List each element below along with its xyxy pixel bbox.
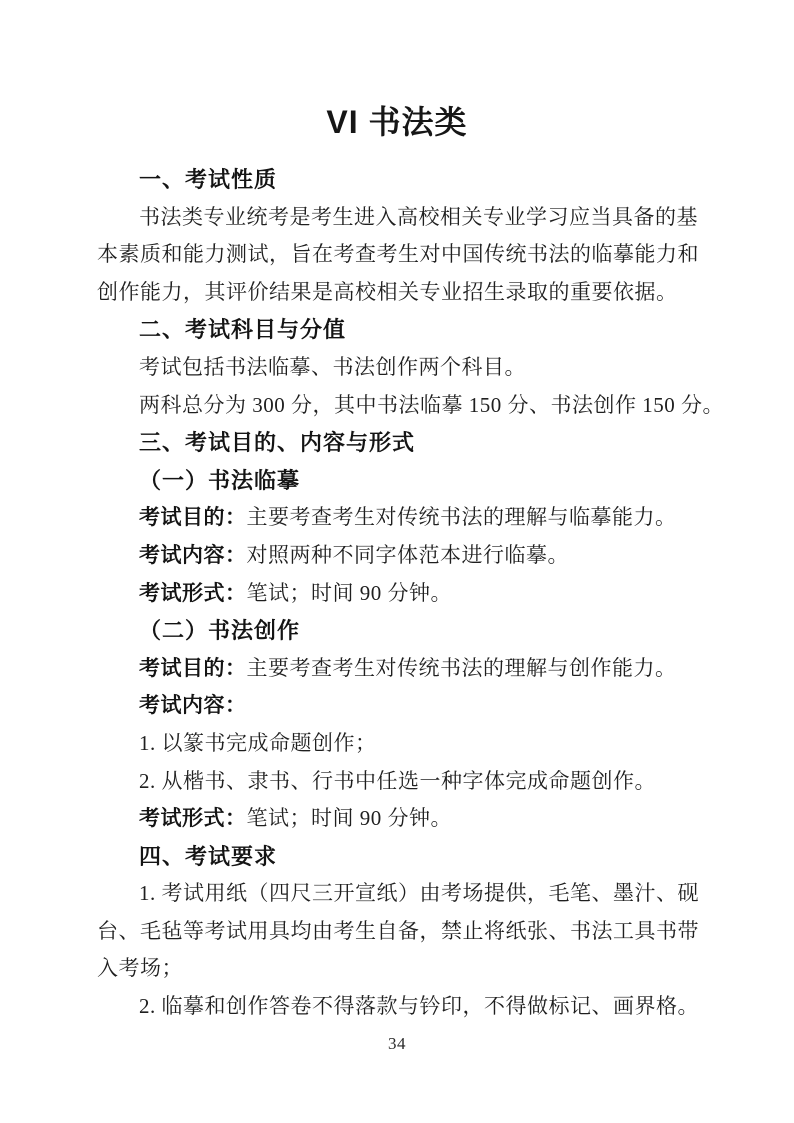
text-line: 入考场； [97,950,701,988]
line-label: 考试内容： [139,543,247,567]
line-text: 二、考试科目与分值 [139,317,346,342]
line-label: 考试目的： [139,505,247,529]
text-line: 2. 临摹和创作答卷不得落款与钤印，不得做标记、画界格。 [97,988,701,1026]
line-text: 考试包括书法临摹、书法创作两个科目。 [139,355,526,379]
document-page: VI 书法类 一、考试性质书法类专业统考是考生进入高校相关专业学习应当具备的基本… [0,0,794,1123]
line-text: 本素质和能力测试，旨在考查考生对中国传统书法的临摹能力和 [97,242,699,266]
line-text: 1. 考试用纸（四尺三开宣纸）由考场提供，毛笔、墨汁、砚 [139,881,699,905]
text-line: 两科总分为 300 分，其中书法临摹 150 分、书法创作 150 分。 [97,387,701,425]
line-label: 考试内容： [139,693,247,717]
text-line: 考试包括书法临摹、书法创作两个科目。 [97,349,701,387]
text-line: 1. 考试用纸（四尺三开宣纸）由考场提供，毛笔、墨汁、砚 [97,875,701,913]
text-line: 考试形式：笔试；时间 90 分钟。 [97,575,701,613]
text-line: 考试内容： [97,687,701,725]
text-line: 三、考试目的、内容与形式 [97,424,701,462]
text-line: （一）书法临摹 [97,462,701,500]
line-text: 三、考试目的、内容与形式 [139,430,415,455]
line-text: 主要考查考生对传统书法的理解与创作能力。 [247,656,677,680]
line-label: 考试形式： [139,581,247,605]
text-line: 考试内容：对照两种不同字体范本进行临摹。 [97,537,701,575]
line-text: 创作能力，其评价结果是高校相关专业招生录取的重要依据。 [97,280,678,304]
text-line: 书法类专业统考是考生进入高校相关专业学习应当具备的基 [97,199,701,237]
text-line: 二、考试科目与分值 [97,311,701,349]
text-line: 考试目的：主要考查考生对传统书法的理解与临摹能力。 [97,499,701,537]
text-line: 2. 从楷书、隶书、行书中任选一种字体完成命题创作。 [97,763,701,801]
document-body: 一、考试性质书法类专业统考是考生进入高校相关专业学习应当具备的基本素质和能力测试… [97,161,701,1026]
line-text: 四、考试要求 [139,844,277,869]
line-text: 2. 从楷书、隶书、行书中任选一种字体完成命题创作。 [139,769,656,793]
line-text: 台、毛毡等考试用具均由考生自备，禁止将纸张、书法工具书带 [97,919,699,943]
text-line: 考试目的：主要考查考生对传统书法的理解与创作能力。 [97,650,701,688]
line-text: 1. 以篆书完成命题创作； [139,731,377,755]
page-number: 34 [0,1032,794,1056]
line-label: 考试形式： [139,806,247,830]
line-label: 考试目的： [139,656,247,680]
text-line: 考试形式：笔试；时间 90 分钟。 [97,800,701,838]
line-text: （一）书法临摹 [139,468,300,493]
line-text: 两科总分为 300 分，其中书法临摹 150 分、书法创作 150 分。 [139,393,724,417]
text-line: 四、考试要求 [97,838,701,876]
line-text: 笔试；时间 90 分钟。 [247,806,453,830]
text-line: （二）书法创作 [97,612,701,650]
line-text: 一、考试性质 [139,167,277,192]
line-text: 入考场； [97,956,183,980]
line-text: 主要考查考生对传统书法的理解与临摹能力。 [247,505,677,529]
text-line: 一、考试性质 [97,161,701,199]
page-title: VI 书法类 [0,100,794,144]
line-text: 对照两种不同字体范本进行临摹。 [247,543,570,567]
line-text: （二）书法创作 [139,618,300,643]
line-text: 书法类专业统考是考生进入高校相关专业学习应当具备的基 [139,205,698,229]
text-line: 创作能力，其评价结果是高校相关专业招生录取的重要依据。 [97,274,701,312]
text-line: 1. 以篆书完成命题创作； [97,725,701,763]
line-text: 2. 临摹和创作答卷不得落款与钤印，不得做标记、画界格。 [139,994,699,1018]
line-text: 笔试；时间 90 分钟。 [247,581,453,605]
text-line: 本素质和能力测试，旨在考查考生对中国传统书法的临摹能力和 [97,236,701,274]
text-line: 台、毛毡等考试用具均由考生自备，禁止将纸张、书法工具书带 [97,913,701,951]
